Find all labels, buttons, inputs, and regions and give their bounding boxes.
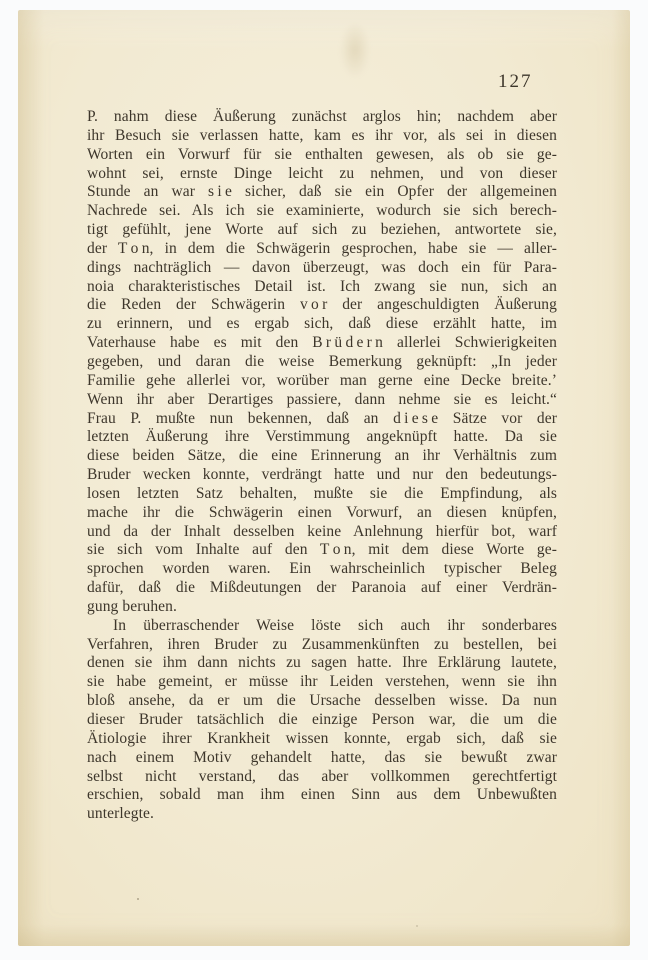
text-line: In überraschender Weise löste sich auch … bbox=[87, 617, 557, 636]
text-line: wohnt sei, ernste Dinge leicht zu nehmen… bbox=[87, 165, 557, 184]
text-line: dafür, daß die Mißdeutungen der Paranoia… bbox=[87, 579, 557, 598]
text-line: Verfahren, ihren Bruder zu Zusammenkünft… bbox=[87, 636, 557, 655]
text-line: Worten ein Vorwurf für sie enthalten gew… bbox=[87, 146, 557, 165]
text-line: sie habe gemeint, er müsse ihr Leiden ve… bbox=[87, 673, 557, 692]
text-line: ihr Besuch sie verlassen hatte, kam es i… bbox=[87, 127, 557, 146]
text-line: der T o n, in dem die Schwägerin gesproc… bbox=[87, 240, 557, 259]
text-line: dings nachträglich — davon überzeugt, wa… bbox=[87, 259, 557, 278]
text-line: denen sie ihm dann nichts zu sagen hatte… bbox=[87, 654, 557, 673]
text-line: Stunde an war s i e sicher, daß sie ein … bbox=[87, 183, 557, 202]
text-line: Ätiologie ihrer Krankheit wissen konnte,… bbox=[87, 730, 557, 749]
text-line: noia charakteristisches Detail ist. Ich … bbox=[87, 278, 557, 297]
paper-stain bbox=[340, 22, 370, 78]
text-line: dieser Bruder tatsächlich die einzige Pe… bbox=[87, 711, 557, 730]
text-line: diese beiden Sätze, die eine Erinnerung … bbox=[87, 447, 557, 466]
text-line: tigt gefühlt, jene Worte auf sich zu bez… bbox=[87, 221, 557, 240]
text-line: P. nahm diese Äußerung zunächst arglos h… bbox=[87, 108, 557, 127]
text-line: nach einem Motiv gehandelt hatte, das si… bbox=[87, 749, 557, 768]
text-line: gegeben, und daran die weise Bemerkung g… bbox=[87, 353, 557, 372]
text-line: losen letzten Satz behalten, mußte sie d… bbox=[87, 485, 557, 504]
text-line: gung beruhen. bbox=[87, 598, 557, 617]
paper-speck bbox=[416, 925, 418, 927]
text-line: Wenn ihr aber Derartiges passiere, dann … bbox=[87, 391, 557, 410]
text-line: sprochen worden waren. Ein wahrscheinlic… bbox=[87, 560, 557, 579]
text-line: und da der Inhalt desselben keine Anlehn… bbox=[87, 523, 557, 542]
text-line: zu erinnern, und es ergab sich, daß dies… bbox=[87, 315, 557, 334]
text-line: selbst nicht verstand, das aber vollkomm… bbox=[87, 768, 557, 787]
text-line: unterlegte. bbox=[87, 805, 557, 824]
text-line: Familie gehe allerlei vor, worüber man g… bbox=[87, 372, 557, 391]
text-line: Bruder wecken konnte, verdrängt hatte un… bbox=[87, 466, 557, 485]
text-line: Vaterhause habe es mit den B r ü d e r n… bbox=[87, 334, 557, 353]
body-text: P. nahm diese Äußerung zunächst arglos h… bbox=[87, 108, 557, 824]
page-number: 127 bbox=[498, 71, 533, 93]
paper-speck bbox=[137, 898, 139, 900]
text-line: bloß ansehe, da er um die Ursache dessel… bbox=[87, 692, 557, 711]
text-line: sie sich vom Inhalte auf den T o n, mit … bbox=[87, 541, 557, 560]
text-line: mache ihr die Schwägerin einen Vorwurf, … bbox=[87, 504, 557, 523]
text-line: die Reden der Schwägerin v o r der anges… bbox=[87, 296, 557, 315]
text-line: Frau P. mußte nun bekennen, daß an d i e… bbox=[87, 410, 557, 429]
text-line: erschien, sobald man ihm einen Sinn aus … bbox=[87, 786, 557, 805]
text-line: Nachrede sei. Als ich sie examinierte, w… bbox=[87, 202, 557, 221]
text-line: letzten Äußerung ihre Verstimmung angekn… bbox=[87, 428, 557, 447]
book-page: 127 P. nahm diese Äußerung zunächst argl… bbox=[18, 10, 630, 946]
